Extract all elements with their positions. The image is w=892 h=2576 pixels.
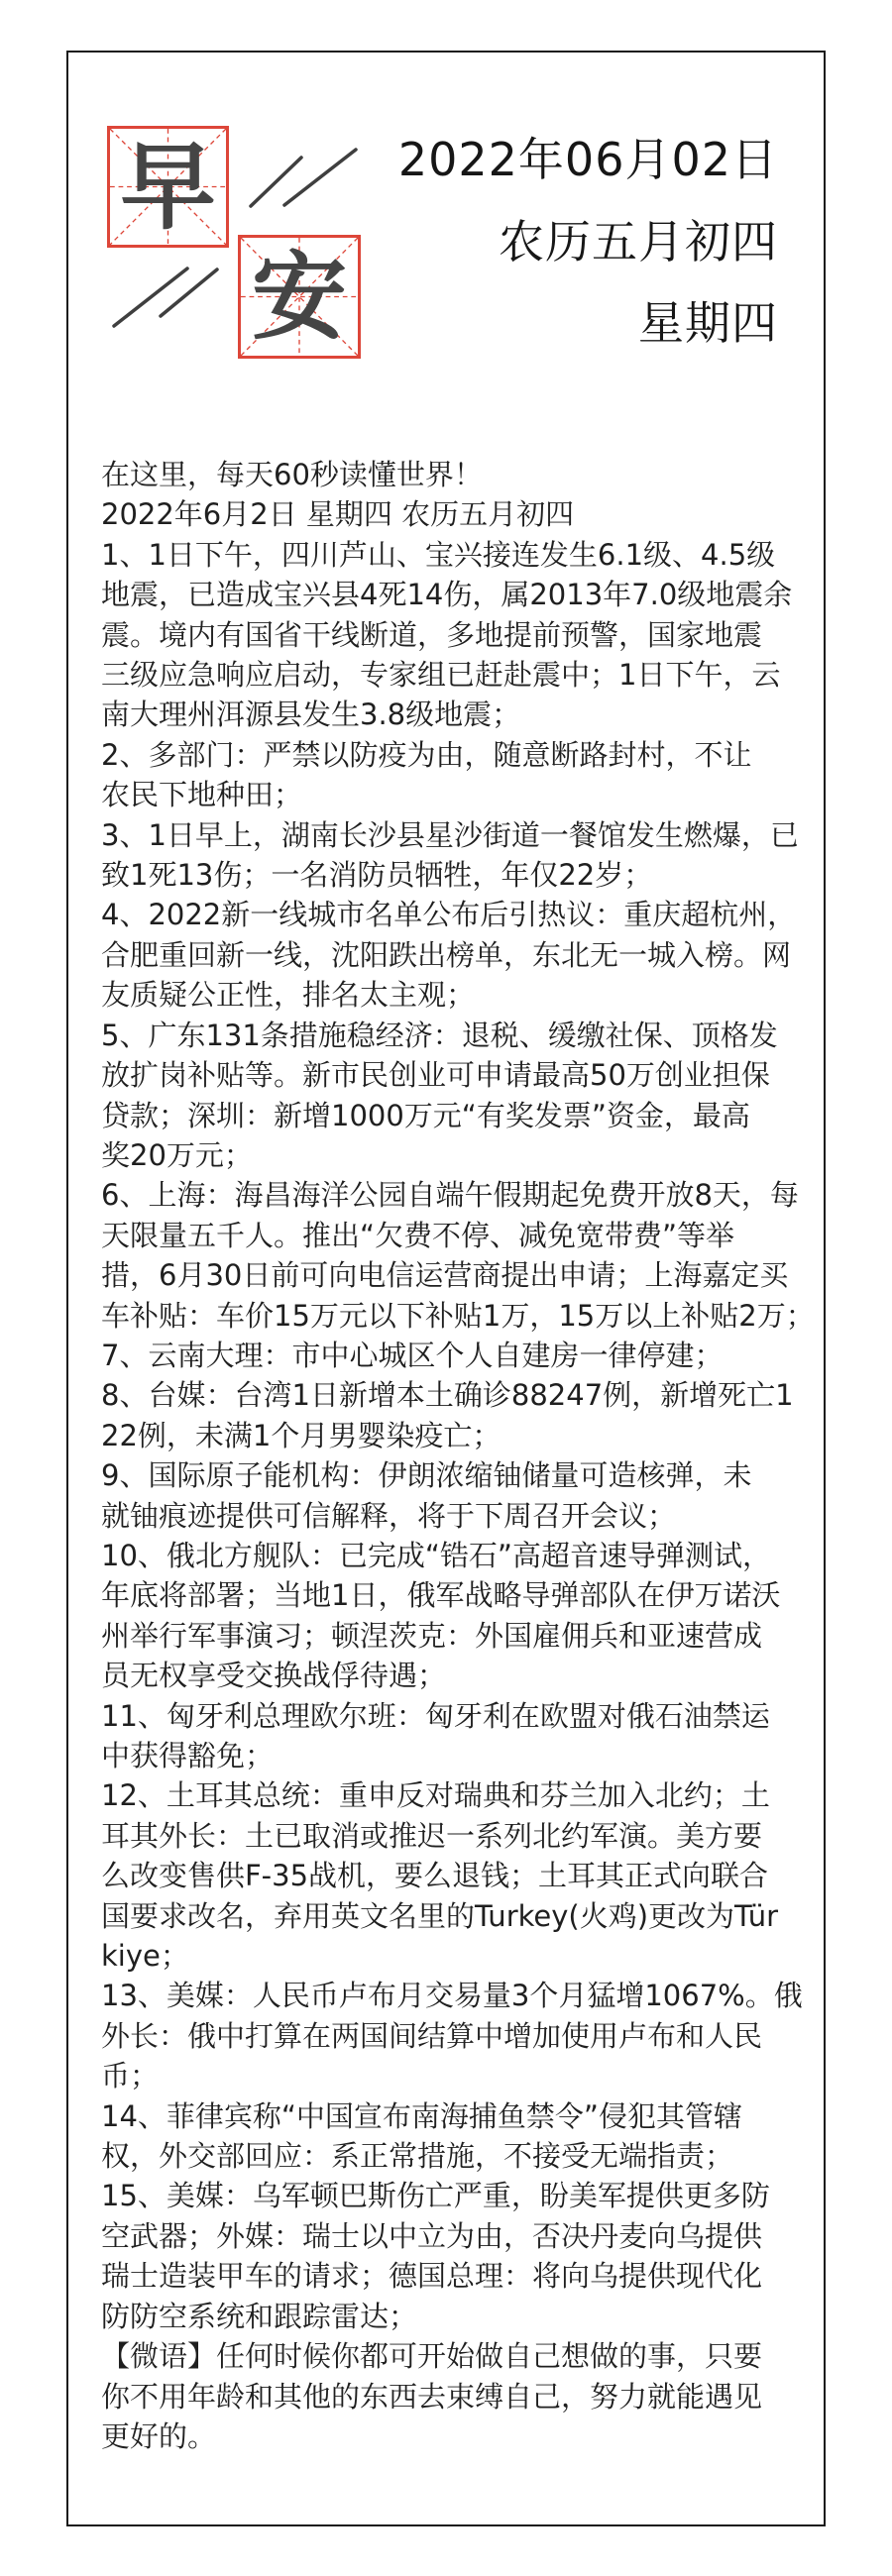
news-digest-body: 在这里，每天60秒读懂世界！ 2022年6月2日 星期四 农历五月初四 1、1日… xyxy=(101,455,825,2456)
news-line: 友质疑公正性，排名太主观； xyxy=(101,975,825,1015)
logo-char-an: 安 xyxy=(252,250,347,345)
news-line: 瑞士造装甲车的请求；德国总理：将向乌提供现代化 xyxy=(101,2256,825,2296)
news-line: 车补贴：车价15万元以下补贴1万，15万以上补贴2万； xyxy=(101,1296,825,1336)
news-line: 合肥重回新一线，沈阳跌出榜单，东北无一城入榜。网 xyxy=(101,935,825,975)
quote-line: 你不用年龄和其他的东西去束缚自己，努力就能遇见 xyxy=(101,2377,825,2416)
news-line: 币； xyxy=(101,2056,825,2095)
news-line: 6、上海：海昌海洋公园自端午假期起免费开放8天，每 xyxy=(101,1175,825,1215)
news-line: 么改变售供F-35战机，要么退钱；土耳其正式向联合 xyxy=(101,1856,825,1895)
news-line: 农民下地种田； xyxy=(101,775,825,814)
date-gregorian: 2022年06月02日 xyxy=(398,135,778,185)
calligraphy-grid-an: 安 xyxy=(238,235,361,359)
news-line: 员无权享受交换战俘待遇； xyxy=(101,1656,825,1695)
news-line: 2、多部门：严禁以防疫为由，随意断路封村，不让 xyxy=(101,735,825,775)
news-line: 地震，已造成宝兴县4死14伤，属2013年7.0级地震余 xyxy=(101,575,825,614)
news-line: 11、匈牙利总理欧尔班：匈牙利在欧盟对俄石油禁运 xyxy=(101,1696,825,1736)
news-line: 奖20万元； xyxy=(101,1135,825,1175)
news-line: 放扩岗补贴等。新市民创业可申请最高50万创业担保 xyxy=(101,1055,825,1095)
news-line: 权，外交部回应：系正常措施，不接受无端指责； xyxy=(101,2136,825,2176)
tagline: 在这里，每天60秒读懂世界！ xyxy=(101,455,825,494)
quote-line: 更好的。 xyxy=(101,2416,825,2456)
news-line: 州举行军事演习；顿涅茨克：外国雇佣兵和亚速营成 xyxy=(101,1616,825,1656)
news-line: 14、菲律宾称“中国宣布南海捕鱼禁令”侵犯其管辖 xyxy=(101,2096,825,2136)
news-line: 10、俄北方舰队：已完成“锆石”高超音速导弹测试， xyxy=(101,1536,825,1575)
news-line: 3、1日早上，湖南长沙县星沙街道一餐馆发生燃爆，已 xyxy=(101,815,825,855)
news-line: 年底将部署；当地1日，俄军战略导弹部队在伊万诺沃 xyxy=(101,1575,825,1615)
news-line: 22例，未满1个月男婴染疫亡； xyxy=(101,1416,825,1455)
news-line: 三级应急响应启动，专家组已赶赴震中；1日下午，云 xyxy=(101,655,825,695)
date-weekday: 星期四 xyxy=(638,298,778,349)
news-line: 国要求改名，弃用英文名里的Turkey(火鸡)更改为Tür xyxy=(101,1896,825,1936)
news-line: 就铀痕迹提供可信解释，将于下周召开会议； xyxy=(101,1496,825,1536)
date-summary-line: 2022年6月2日 星期四 农历五月初四 xyxy=(101,494,825,534)
news-line: 中获得豁免； xyxy=(101,1736,825,1775)
news-line: 5、广东131条措施稳经济：退税、缓缴社保、顶格发 xyxy=(101,1016,825,1055)
news-line: 8、台媒：台湾1日新增本土确诊88247例，新增死亡1 xyxy=(101,1375,825,1415)
news-line: kiye； xyxy=(101,1936,825,1976)
news-line: 震。境内有国省干线断道，多地提前预警，国家地震 xyxy=(101,615,825,655)
calligraphy-grid-zao: 早 xyxy=(107,126,229,248)
news-line: 13、美媒：人民币卢布月交易量3个月猛增1067%。俄 xyxy=(101,1976,825,2015)
news-line: 致1死13伤；一名消防员牺牲，年仅22岁； xyxy=(101,855,825,895)
news-line: 南大理州洱源县发生3.8级地震； xyxy=(101,695,825,734)
news-line: 12、土耳其总统：重申反对瑞典和芬兰加入北约；土 xyxy=(101,1775,825,1815)
logo-char-zao: 早 xyxy=(121,140,216,235)
quote-line: 【微语】任何时候你都可开始做自己想做的事，只要 xyxy=(101,2336,825,2376)
news-line: 天限量五千人。推出“欠费不停、减免宽带费”等举 xyxy=(101,1216,825,1255)
news-line: 贷款；深圳：新增1000万元“有奖发票”资金，最高 xyxy=(101,1096,825,1135)
news-line: 外长：俄中打算在两国间结算中增加使用卢布和人民 xyxy=(101,2016,825,2056)
news-line: 防防空系统和跟踪雷达； xyxy=(101,2297,825,2336)
news-line: 9、国际原子能机构：伊朗浓缩铀储量可造核弹，未 xyxy=(101,1455,825,1495)
news-line: 7、云南大理：市中心城区个人自建房一律停建； xyxy=(101,1336,825,1375)
news-line: 耳其外长：土已取消或推迟一系列北约军演。美方要 xyxy=(101,1816,825,1856)
date-lunar: 农历五月初四 xyxy=(499,217,778,268)
news-line: 1、1日下午，四川芦山、宝兴接连发生6.1级、4.5级 xyxy=(101,535,825,575)
news-line: 4、2022新一线城市名单公布后引热议：重庆超杭州， xyxy=(101,895,825,934)
news-line: 15、美媒：乌军顿巴斯伤亡严重，盼美军提供更多防 xyxy=(101,2176,825,2215)
news-line: 空武器；外媒：瑞士以中立为由，否决丹麦向乌提供 xyxy=(101,2216,825,2256)
news-line: 措，6月30日前可向电信运营商提出申请；上海嘉定买 xyxy=(101,1255,825,1295)
